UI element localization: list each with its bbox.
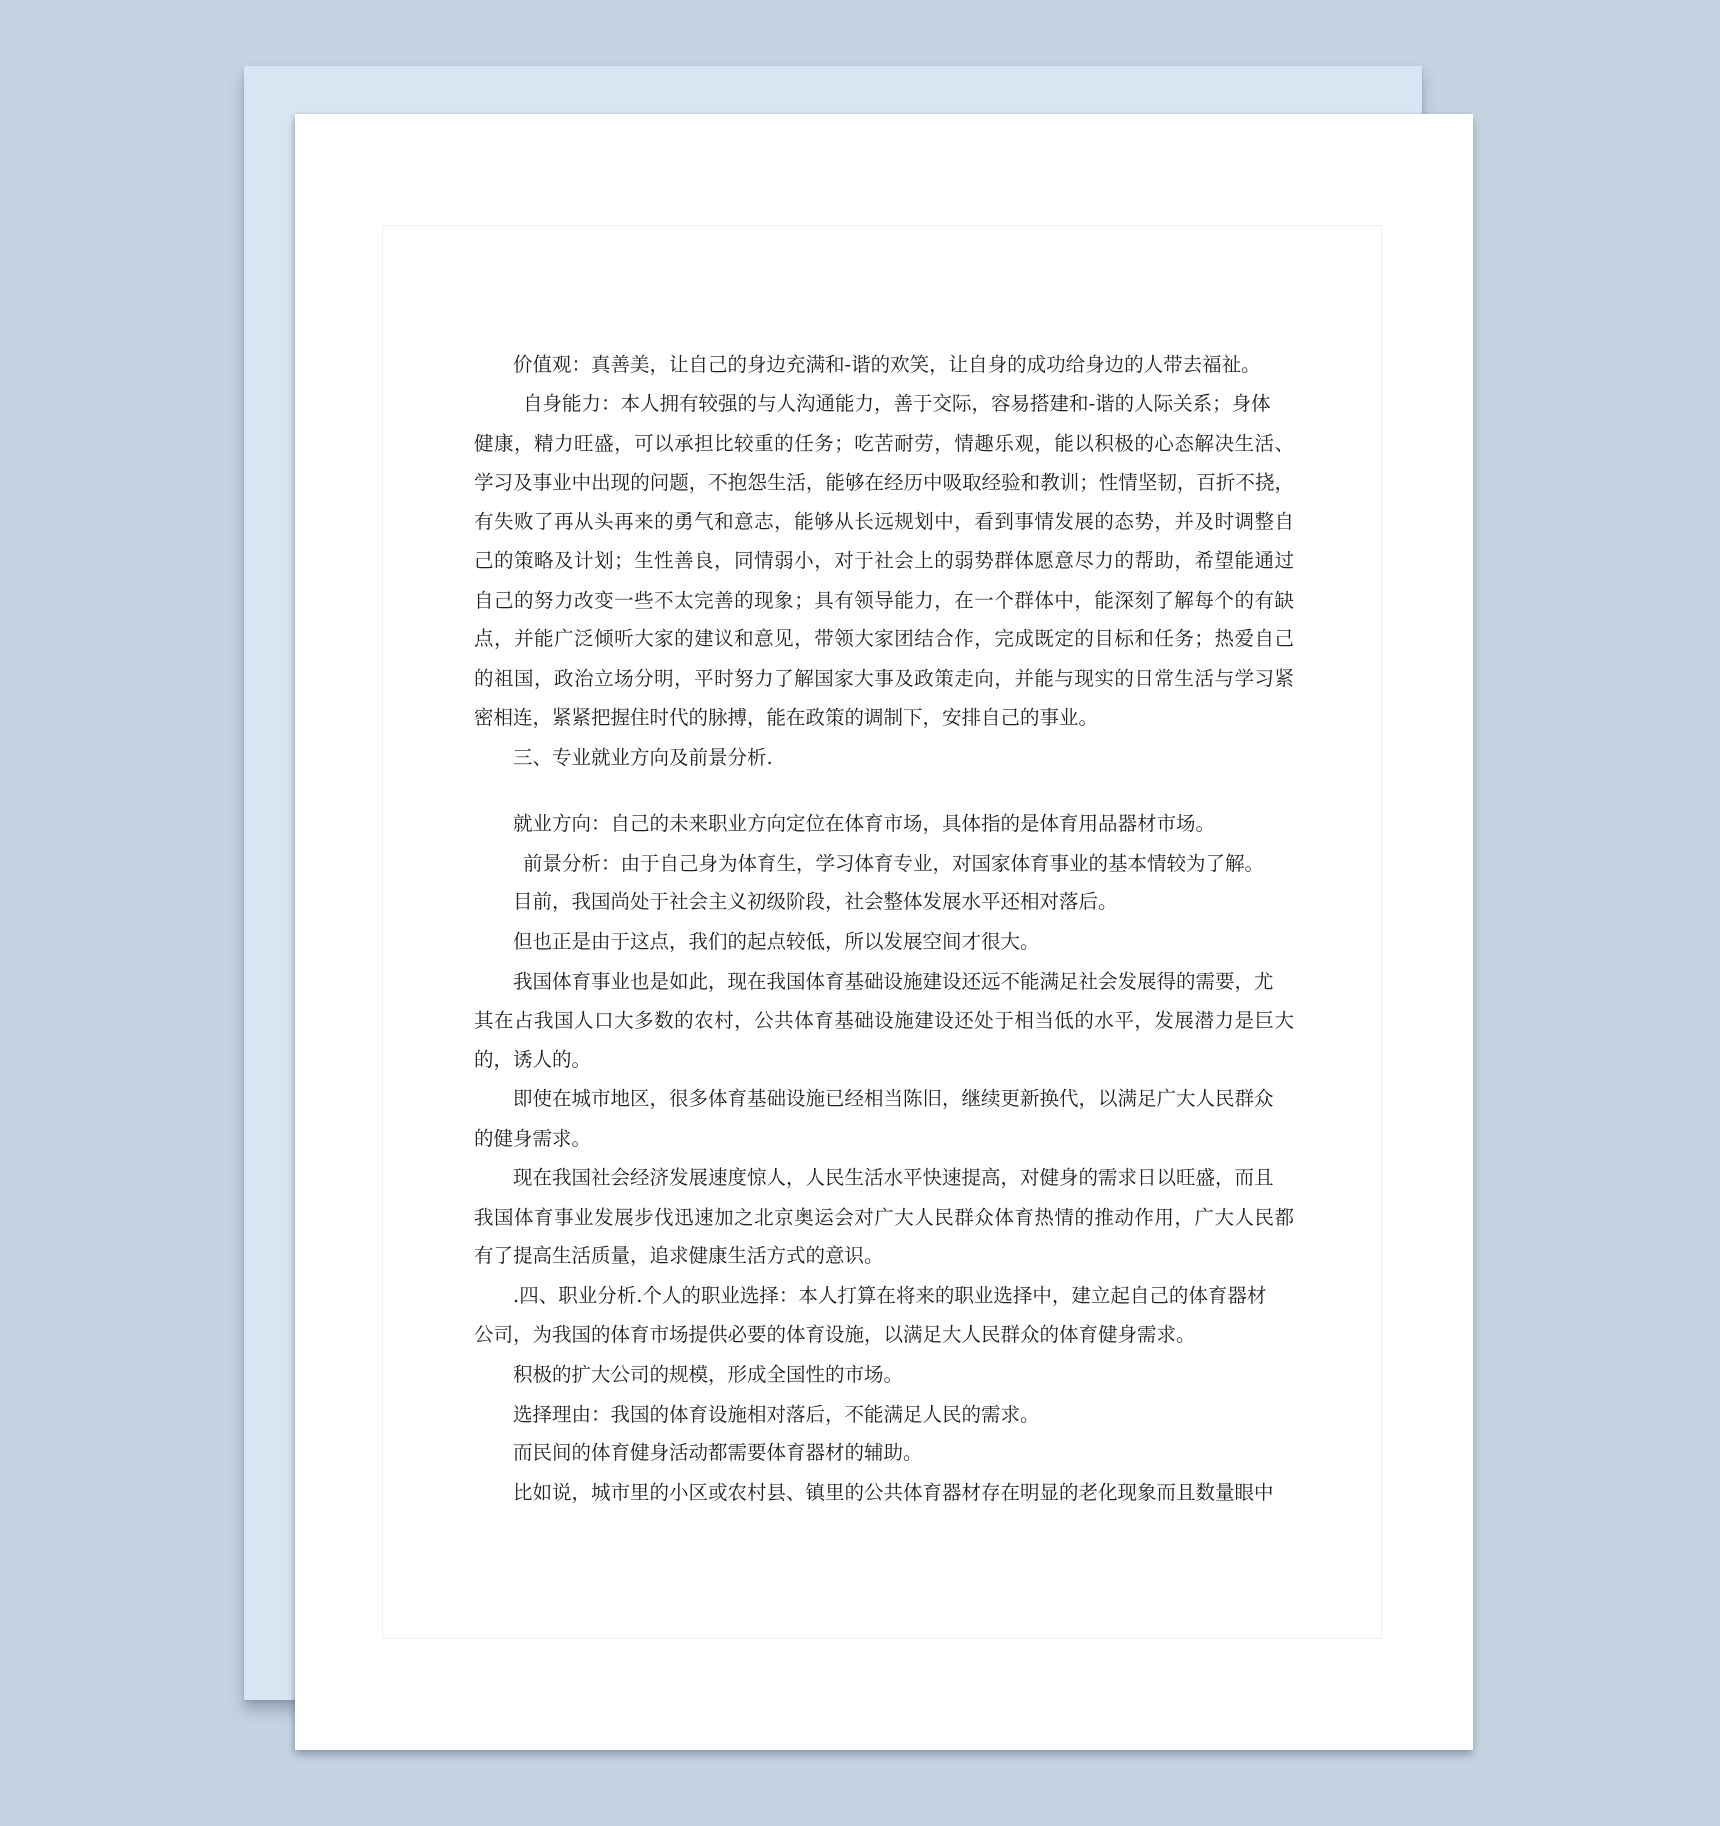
document-line: 点，并能广泛倾听大家的建议和意见，带领大家团结合作，完成既定的目标和任务；热爱自… <box>474 626 1294 652</box>
document-line: 前景分析：由于自己身为体育生，学习体育专业，对国家体育事业的基本情较为了解。 <box>523 851 1264 877</box>
document-line: 价值观：真善美，让自己的身边充满和-谐的欢笑，让自身的成功给身边的人带去福祉。 <box>513 352 1261 378</box>
document-line: 的健身需求。 <box>474 1126 591 1152</box>
document-line: 我国体育事业也是如此，现在我国体育基础设施建设还远不能满足社会发展得的需要，尤 <box>513 969 1274 995</box>
document-line: 有了提高生活质量，追求健康生活方式的意识。 <box>474 1243 884 1269</box>
document-line: 我国体育事业发展步伐迅速加之北京奥运会对广大人民群众体育热情的推动作用，广大人民… <box>474 1205 1294 1231</box>
document-line: 自己的努力改变一些不太完善的现象；具有领导能力，在一个群体中，能深刻了解每个的有… <box>474 588 1294 614</box>
document-line: 就业方向：自己的未来职业方向定位在体育市场，具体指的是体育用品器材市场。 <box>513 811 1215 837</box>
document-line: 自身能力：本人拥有较强的与人沟通能力，善于交际，容易搭建和-谐的人际关系；身体 <box>523 391 1271 417</box>
document-line: .四、职业分析.个人的职业选择：本人打算在将来的职业选择中，建立起自己的体育器材 <box>513 1283 1266 1309</box>
document-line: 现在我国社会经济发展速度惊人，人民生活水平快速提高，对健身的需求日以旺盛，而且 <box>513 1165 1274 1191</box>
document-line: 健康，精力旺盛，可以承担比较重的任务；吃苦耐劳，情趣乐观，能以积极的心态解决生活… <box>474 431 1294 457</box>
document-line: 其在占我国人口大多数的农村，公共体育基础设施建设还处于相当低的水平，发展潜力是巨… <box>474 1008 1294 1034</box>
document-line: 选择理由：我国的体育设施相对落后，不能满足人民的需求。 <box>513 1402 1040 1428</box>
document-line: 但也正是由于这点，我们的起点较低，所以发展空间才很大。 <box>513 929 1040 955</box>
document-line: 的，诱人的。 <box>474 1047 591 1073</box>
document-line: 学习及事业中出现的问题，不抱怨生活，能够在经历中吸取经验和教训；性情坚韧，百折不… <box>474 470 1294 496</box>
document-line: 而民间的体育健身活动都需要体育器材的辅助。 <box>513 1440 923 1466</box>
document-line: 目前，我国尚处于社会主义初级阶段，社会整体发展水平还相对落后。 <box>513 889 1118 915</box>
document-line: 己的策略及计划；生性善良，同情弱小，对于社会上的弱势群体愿意尽力的帮助，希望能通… <box>474 548 1294 574</box>
document-line: 密相连，紧紧把握住时代的脉搏，能在政策的调制下，安排自己的事业。 <box>474 705 1098 731</box>
document-line: 比如说，城市里的小区或农村县、镇里的公共体育器材存在明显的老化现象而且数量眼中 <box>513 1480 1274 1506</box>
document-line: 有失败了再从头再来的勇气和意志，能够从长远规划中，看到事情发展的态势，并及时调整… <box>474 509 1294 535</box>
document-line: 的祖国，政治立场分明，平时努力了解国家大事及政策走向，并能与现实的日常生活与学习… <box>474 666 1294 692</box>
document-line: 公司，为我国的体育市场提供必要的体育设施，以满足大人民群众的体育健身需求。 <box>474 1322 1196 1348</box>
document-line: 三、专业就业方向及前景分析. <box>513 745 773 771</box>
document-line: 积极的扩大公司的规模，形成全国性的市场。 <box>513 1362 903 1388</box>
document-line: 即使在城市地区，很多体育基础设施已经相当陈旧，继续更新换代，以满足广大人民群众 <box>513 1086 1274 1112</box>
